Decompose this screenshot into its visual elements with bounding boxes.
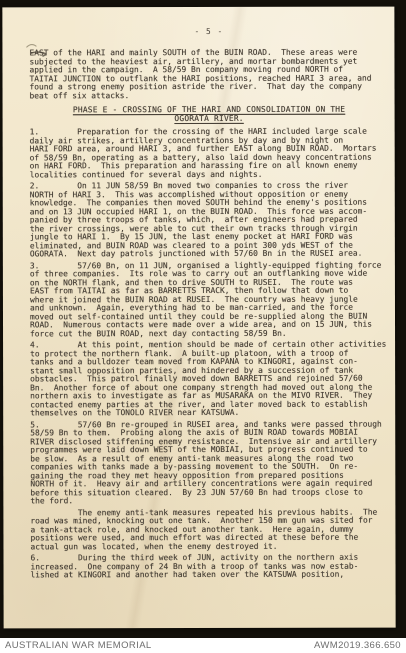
paragraph-6: 6. During the third week of JUN, activit… xyxy=(30,554,389,580)
page-number: - 5 - xyxy=(29,27,388,37)
screenshot-root: - 5 - EAST of the HARI and mainly SOUTH … xyxy=(0,0,406,653)
archive-name-label: AUSTRALIAN WAR MEMORIAL xyxy=(5,640,152,651)
paragraph-1: 1. Preparation for the crossing of the H… xyxy=(30,128,389,180)
paragraph-4: 4. At this point, mention should be made… xyxy=(30,341,389,418)
section-heading-line1: PHASE E - CROSSING OF THE HARI AND CONSO… xyxy=(73,105,345,115)
continuation-paragraph: EAST of the HARI and mainly SOUTH of the… xyxy=(29,49,388,101)
paragraph-3: 3. 57/60 Bn, on 11 JUN, organised a ligh… xyxy=(30,261,389,338)
section-heading-line2: OGORATA RIVER. xyxy=(174,114,243,123)
photo-frame: - 5 - EAST of the HARI and mainly SOUTH … xyxy=(0,0,406,638)
paragraph-2: 2. On 11 JUN 58/59 Bn moved two companie… xyxy=(30,182,389,259)
archive-caption-bar: AUSTRALIAN WAR MEMORIAL AWM2019.366.650 xyxy=(0,638,406,653)
document-page: - 5 - EAST of the HARI and mainly SOUTH … xyxy=(2,7,395,629)
section-heading: PHASE E - CROSSING OF THE HARI AND CONSO… xyxy=(30,105,389,124)
accession-number-label: AWM2019.366.650 xyxy=(314,640,401,651)
pencil-mark-icon xyxy=(22,41,60,59)
paragraph-5: 5. 57/60 Bn re-grouped in RUSEI area, an… xyxy=(30,420,389,506)
paragraph-5-continuation: The enemy anti-tank measures repeated hi… xyxy=(30,508,389,551)
